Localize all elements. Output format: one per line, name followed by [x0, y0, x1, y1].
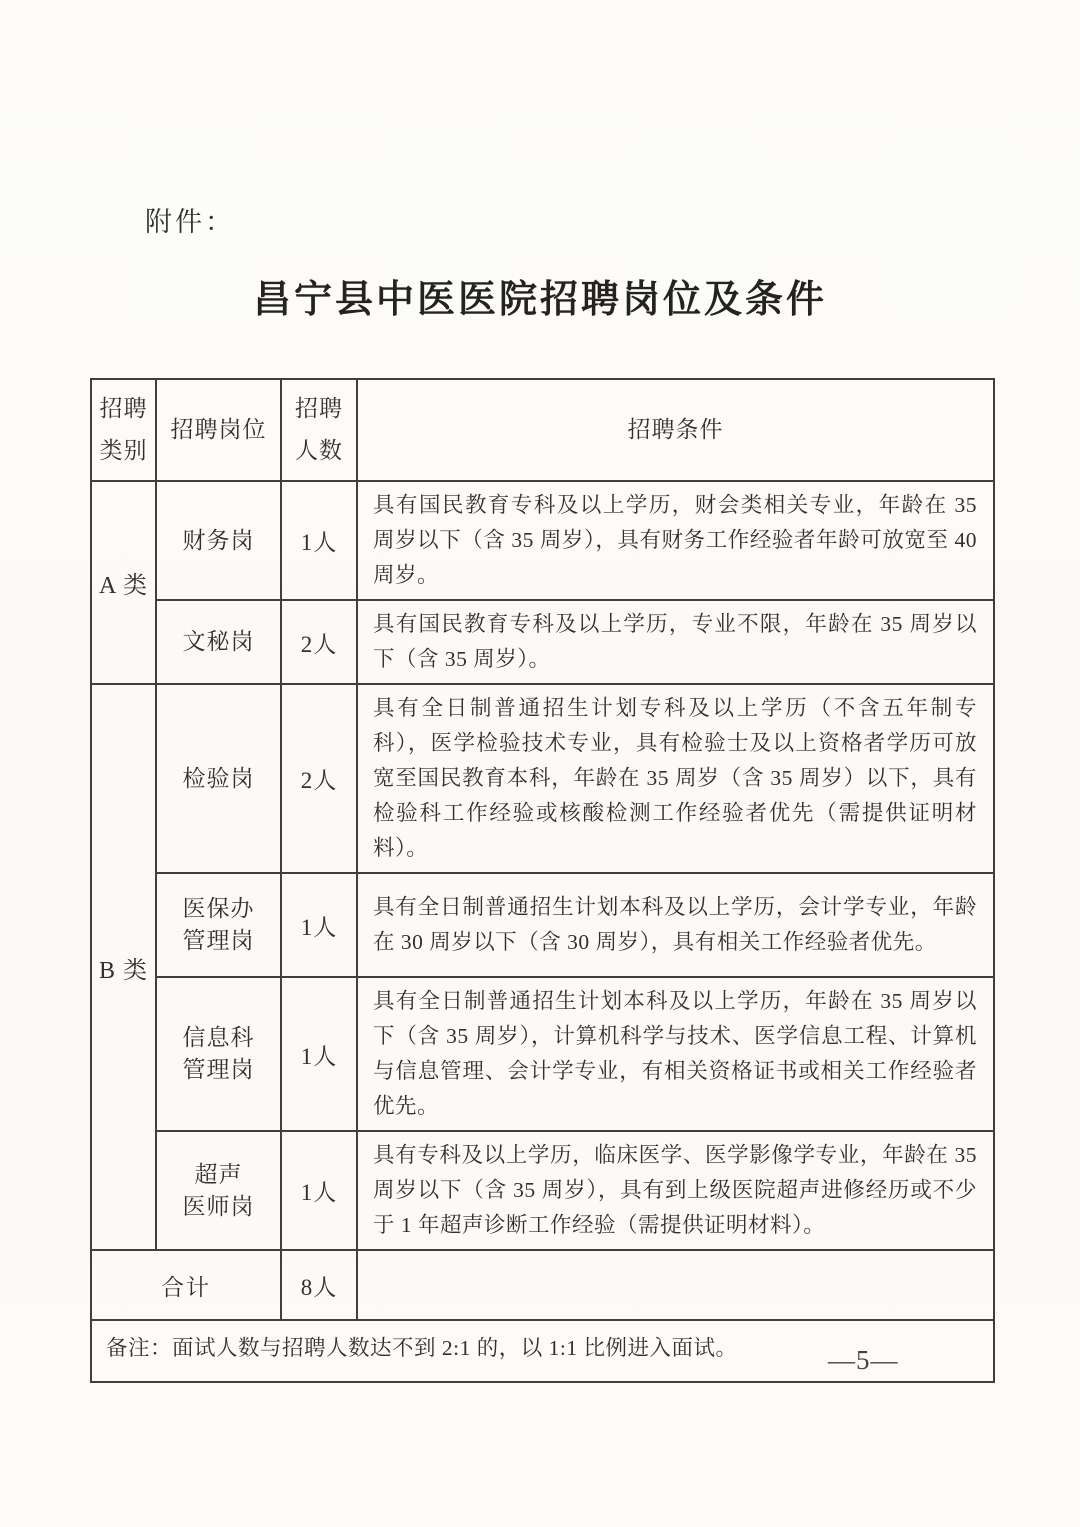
- table-row: B 类 检验岗 2人 具有全日制普通招生计划专科及以上学历（不含五年制专科），医…: [91, 684, 994, 873]
- attachment-label: 附件：: [145, 200, 235, 239]
- headcount-cell: 1人: [281, 873, 357, 977]
- page-title: 昌宁县中医医院招聘岗位及条件: [0, 268, 1080, 323]
- table-row: A 类 财务岗 1人 具有国民教育专科及以上学历，财会类相关专业，年龄在 35 …: [91, 481, 994, 600]
- category-a-cell: A 类: [91, 481, 156, 684]
- recruitment-table: 招聘 类别 招聘岗位 招聘 人数 招聘条件 A 类 财务岗 1人 具有国民教育专…: [90, 378, 995, 1383]
- table-row: 超声 医师岗 1人 具有专科及以上学历，临床医学、医学影像学专业，年龄在 35 …: [91, 1131, 994, 1250]
- table-header-row: 招聘 类别 招聘岗位 招聘 人数 招聘条件: [91, 379, 994, 481]
- headcount-cell: 1人: [281, 481, 357, 600]
- total-label-cell: 合计: [91, 1250, 281, 1320]
- position-cell: 文秘岗: [156, 600, 281, 684]
- conditions-cell: 具有国民教育专科及以上学历，专业不限，年龄在 35 周岁以下（含 35 周岁）。: [357, 600, 994, 684]
- position-cell: 检验岗: [156, 684, 281, 873]
- conditions-cell: 具有全日制普通招生计划专科及以上学历（不含五年制专科），医学检验技术专业，具有检…: [357, 684, 994, 873]
- conditions-cell: 具有国民教育专科及以上学历，财会类相关专业，年龄在 35 周岁以下（含 35 周…: [357, 481, 994, 600]
- category-b-cell: B 类: [91, 684, 156, 1250]
- total-headcount-cell: 8人: [281, 1250, 357, 1320]
- header-conditions: 招聘条件: [357, 379, 994, 481]
- header-position: 招聘岗位: [156, 379, 281, 481]
- conditions-cell: 具有全日制普通招生计划本科及以上学历，年龄在 35 周岁以下（含 35 周岁），…: [357, 977, 994, 1131]
- conditions-cell: 具有专科及以上学历，临床医学、医学影像学专业，年龄在 35 周岁以下（含 35 …: [357, 1131, 994, 1250]
- conditions-cell: 具有全日制普通招生计划本科及以上学历，会计学专业，年龄在 30 周岁以下（含 3…: [357, 873, 994, 977]
- document-page: 附件： 昌宁县中医医院招聘岗位及条件 招聘 类别 招聘岗位 招聘 人数 招聘条件…: [0, 0, 1080, 1527]
- headcount-cell: 2人: [281, 600, 357, 684]
- table-total-row: 合计 8人: [91, 1250, 994, 1320]
- headcount-cell: 2人: [281, 684, 357, 873]
- page-number: —5—: [828, 1345, 899, 1376]
- total-conditions-cell: [357, 1250, 994, 1320]
- position-cell: 财务岗: [156, 481, 281, 600]
- table-row: 文秘岗 2人 具有国民教育专科及以上学历，专业不限，年龄在 35 周岁以下（含 …: [91, 600, 994, 684]
- headcount-cell: 1人: [281, 977, 357, 1131]
- header-headcount: 招聘 人数: [281, 379, 357, 481]
- header-category: 招聘 类别: [91, 379, 156, 481]
- position-cell: 医保办 管理岗: [156, 873, 281, 977]
- position-cell: 信息科 管理岗: [156, 977, 281, 1131]
- position-cell: 超声 医师岗: [156, 1131, 281, 1250]
- table-row: 医保办 管理岗 1人 具有全日制普通招生计划本科及以上学历，会计学专业，年龄在 …: [91, 873, 994, 977]
- table-row: 信息科 管理岗 1人 具有全日制普通招生计划本科及以上学历，年龄在 35 周岁以…: [91, 977, 994, 1131]
- headcount-cell: 1人: [281, 1131, 357, 1250]
